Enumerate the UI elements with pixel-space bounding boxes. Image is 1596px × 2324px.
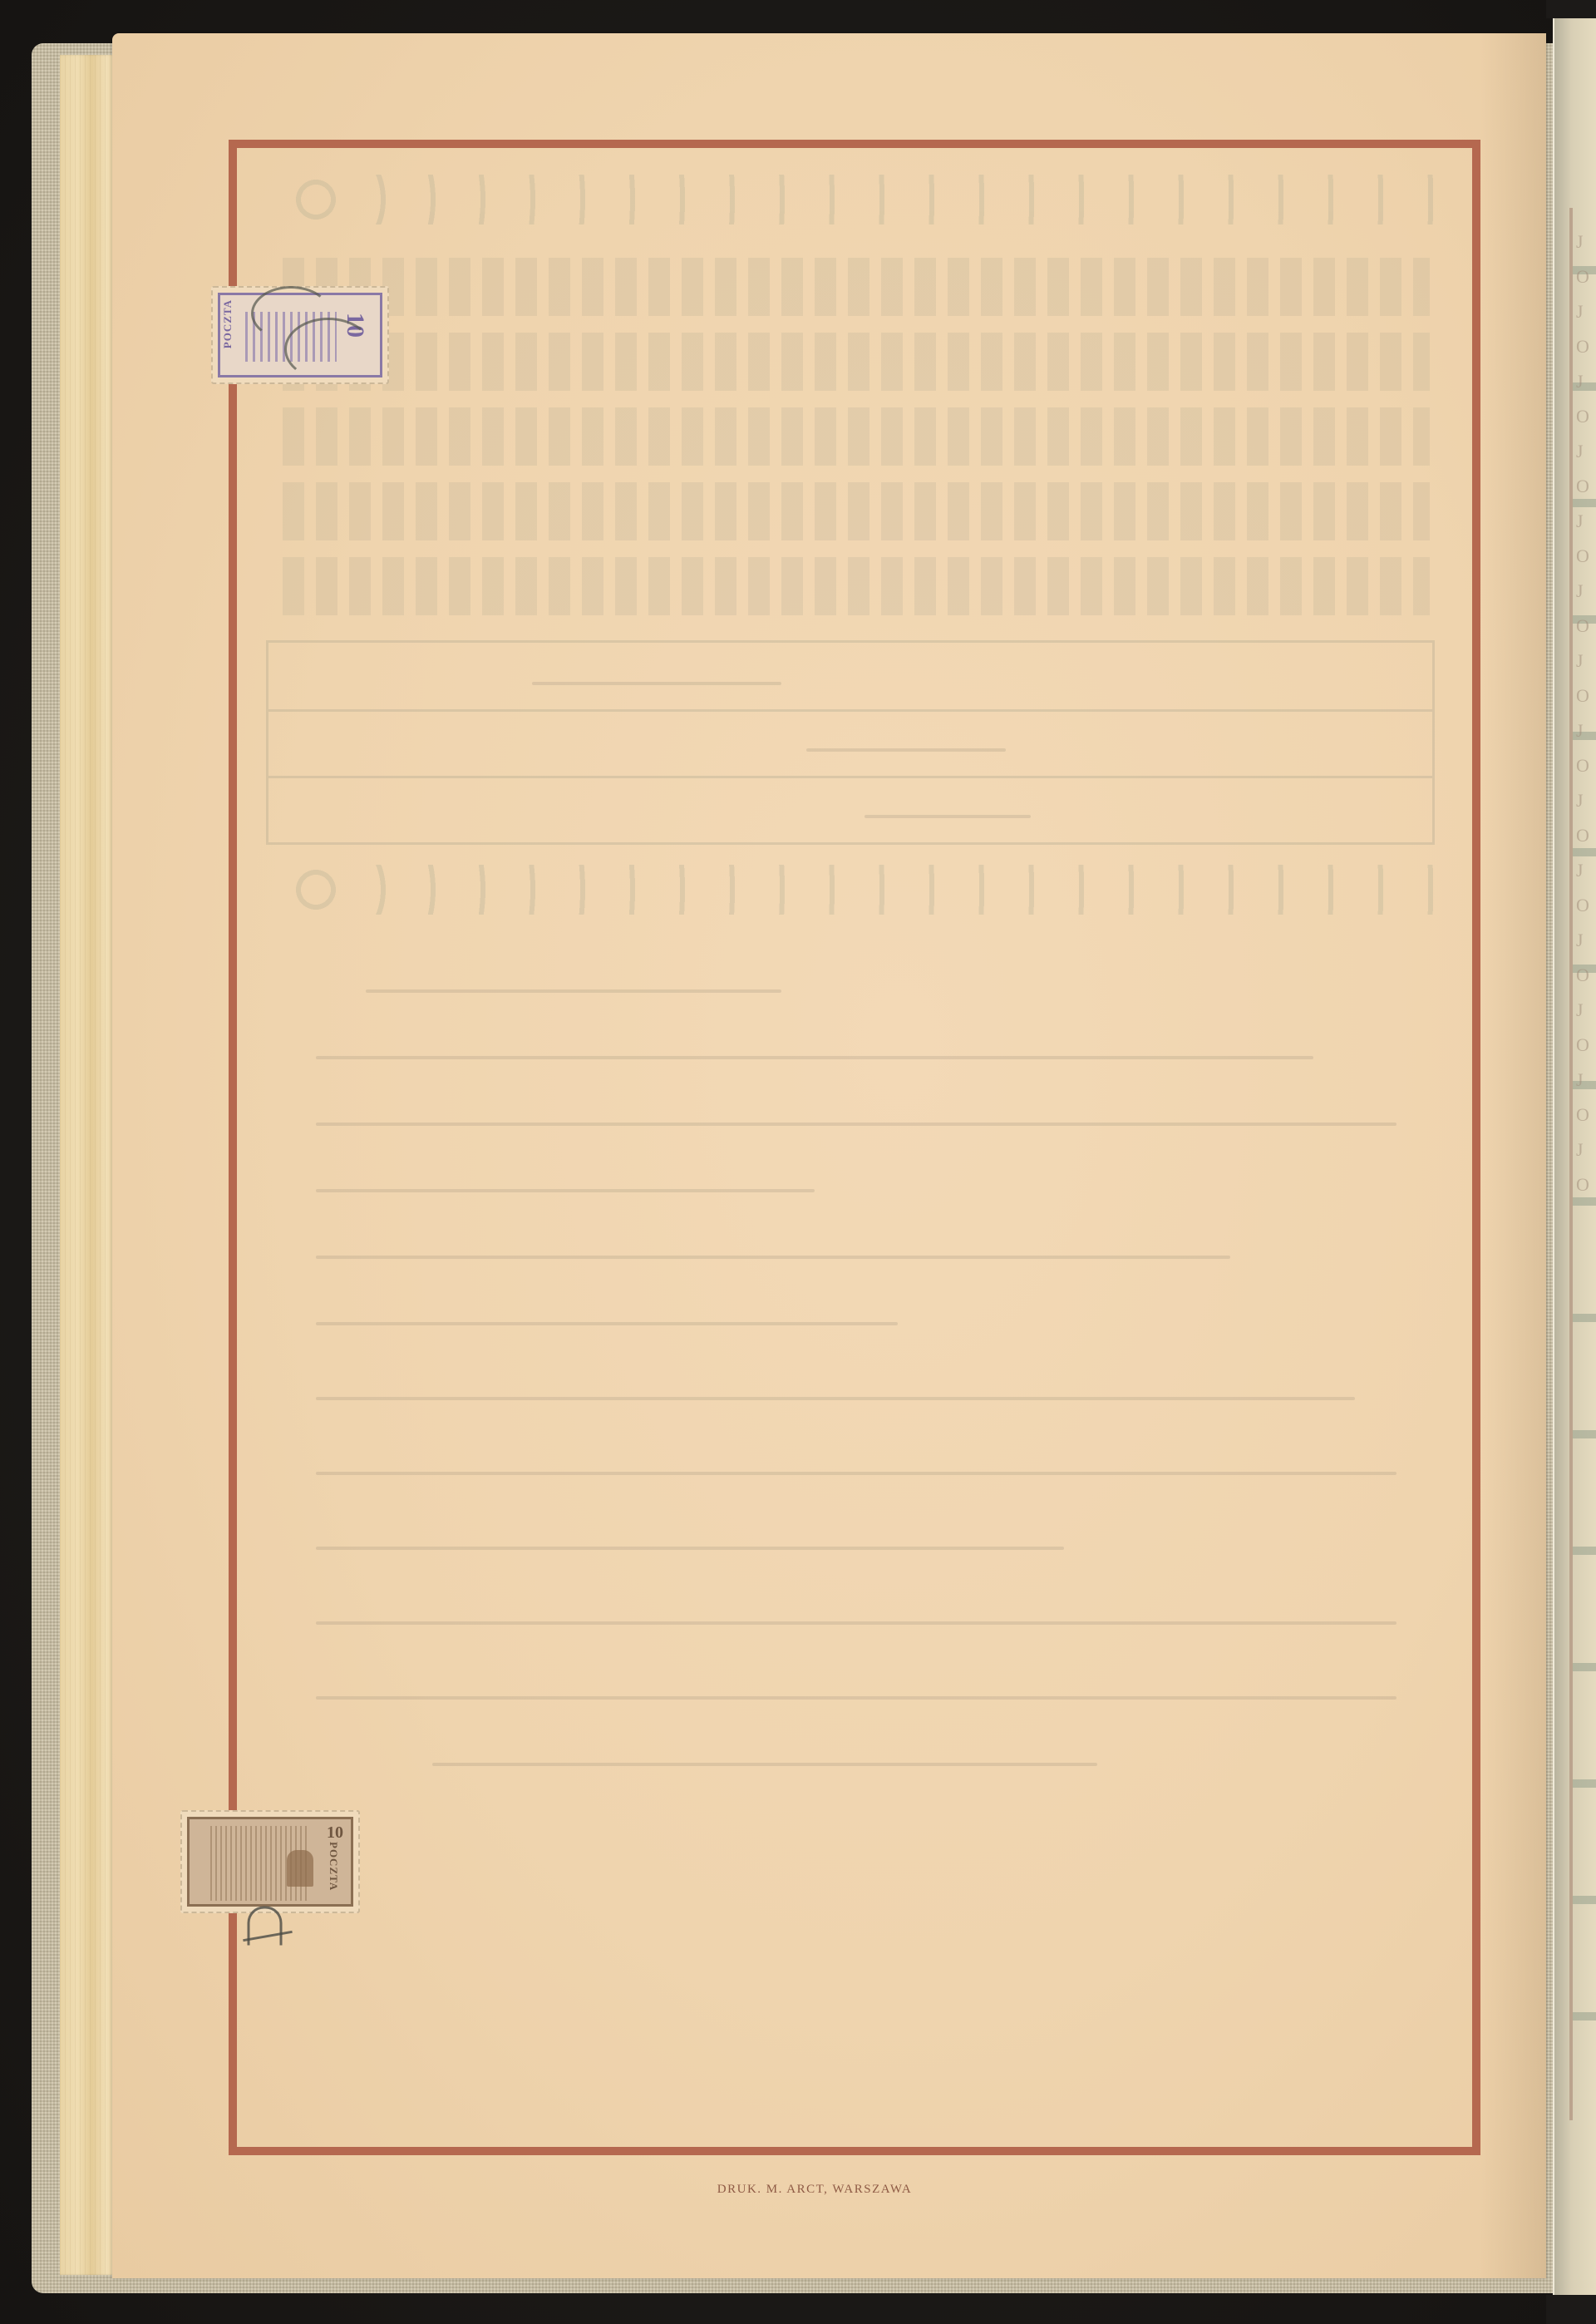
stamp-label: POCZTA bbox=[327, 1842, 340, 1891]
revenue-stamp-bottom: POCZTA 10 bbox=[187, 1817, 353, 1907]
page-edges-stack bbox=[60, 55, 118, 2275]
scan-background-corner bbox=[1546, 0, 1596, 18]
revenue-stamp-top: POCZTA 10 bbox=[218, 293, 382, 377]
stamp-figure-icon bbox=[287, 1850, 313, 1887]
cancellation-mark bbox=[284, 318, 372, 381]
adjacent-page-letters: JOJOJOJOJOJOJOJOJOJOJOJOJOJO bbox=[1576, 225, 1596, 1202]
red-ruled-border bbox=[229, 140, 1480, 2155]
adjacent-page-edge: JOJOJOJOJOJOJOJOJOJOJOJOJOJO bbox=[1553, 17, 1596, 2299]
printer-imprint: DRUK. M. ARCT, WARSZAWA bbox=[0, 2183, 1596, 2197]
scan-background-corner bbox=[1546, 2295, 1596, 2324]
stamp-value: 10 bbox=[327, 1823, 343, 1843]
stamp-label: POCZTA bbox=[221, 299, 234, 348]
